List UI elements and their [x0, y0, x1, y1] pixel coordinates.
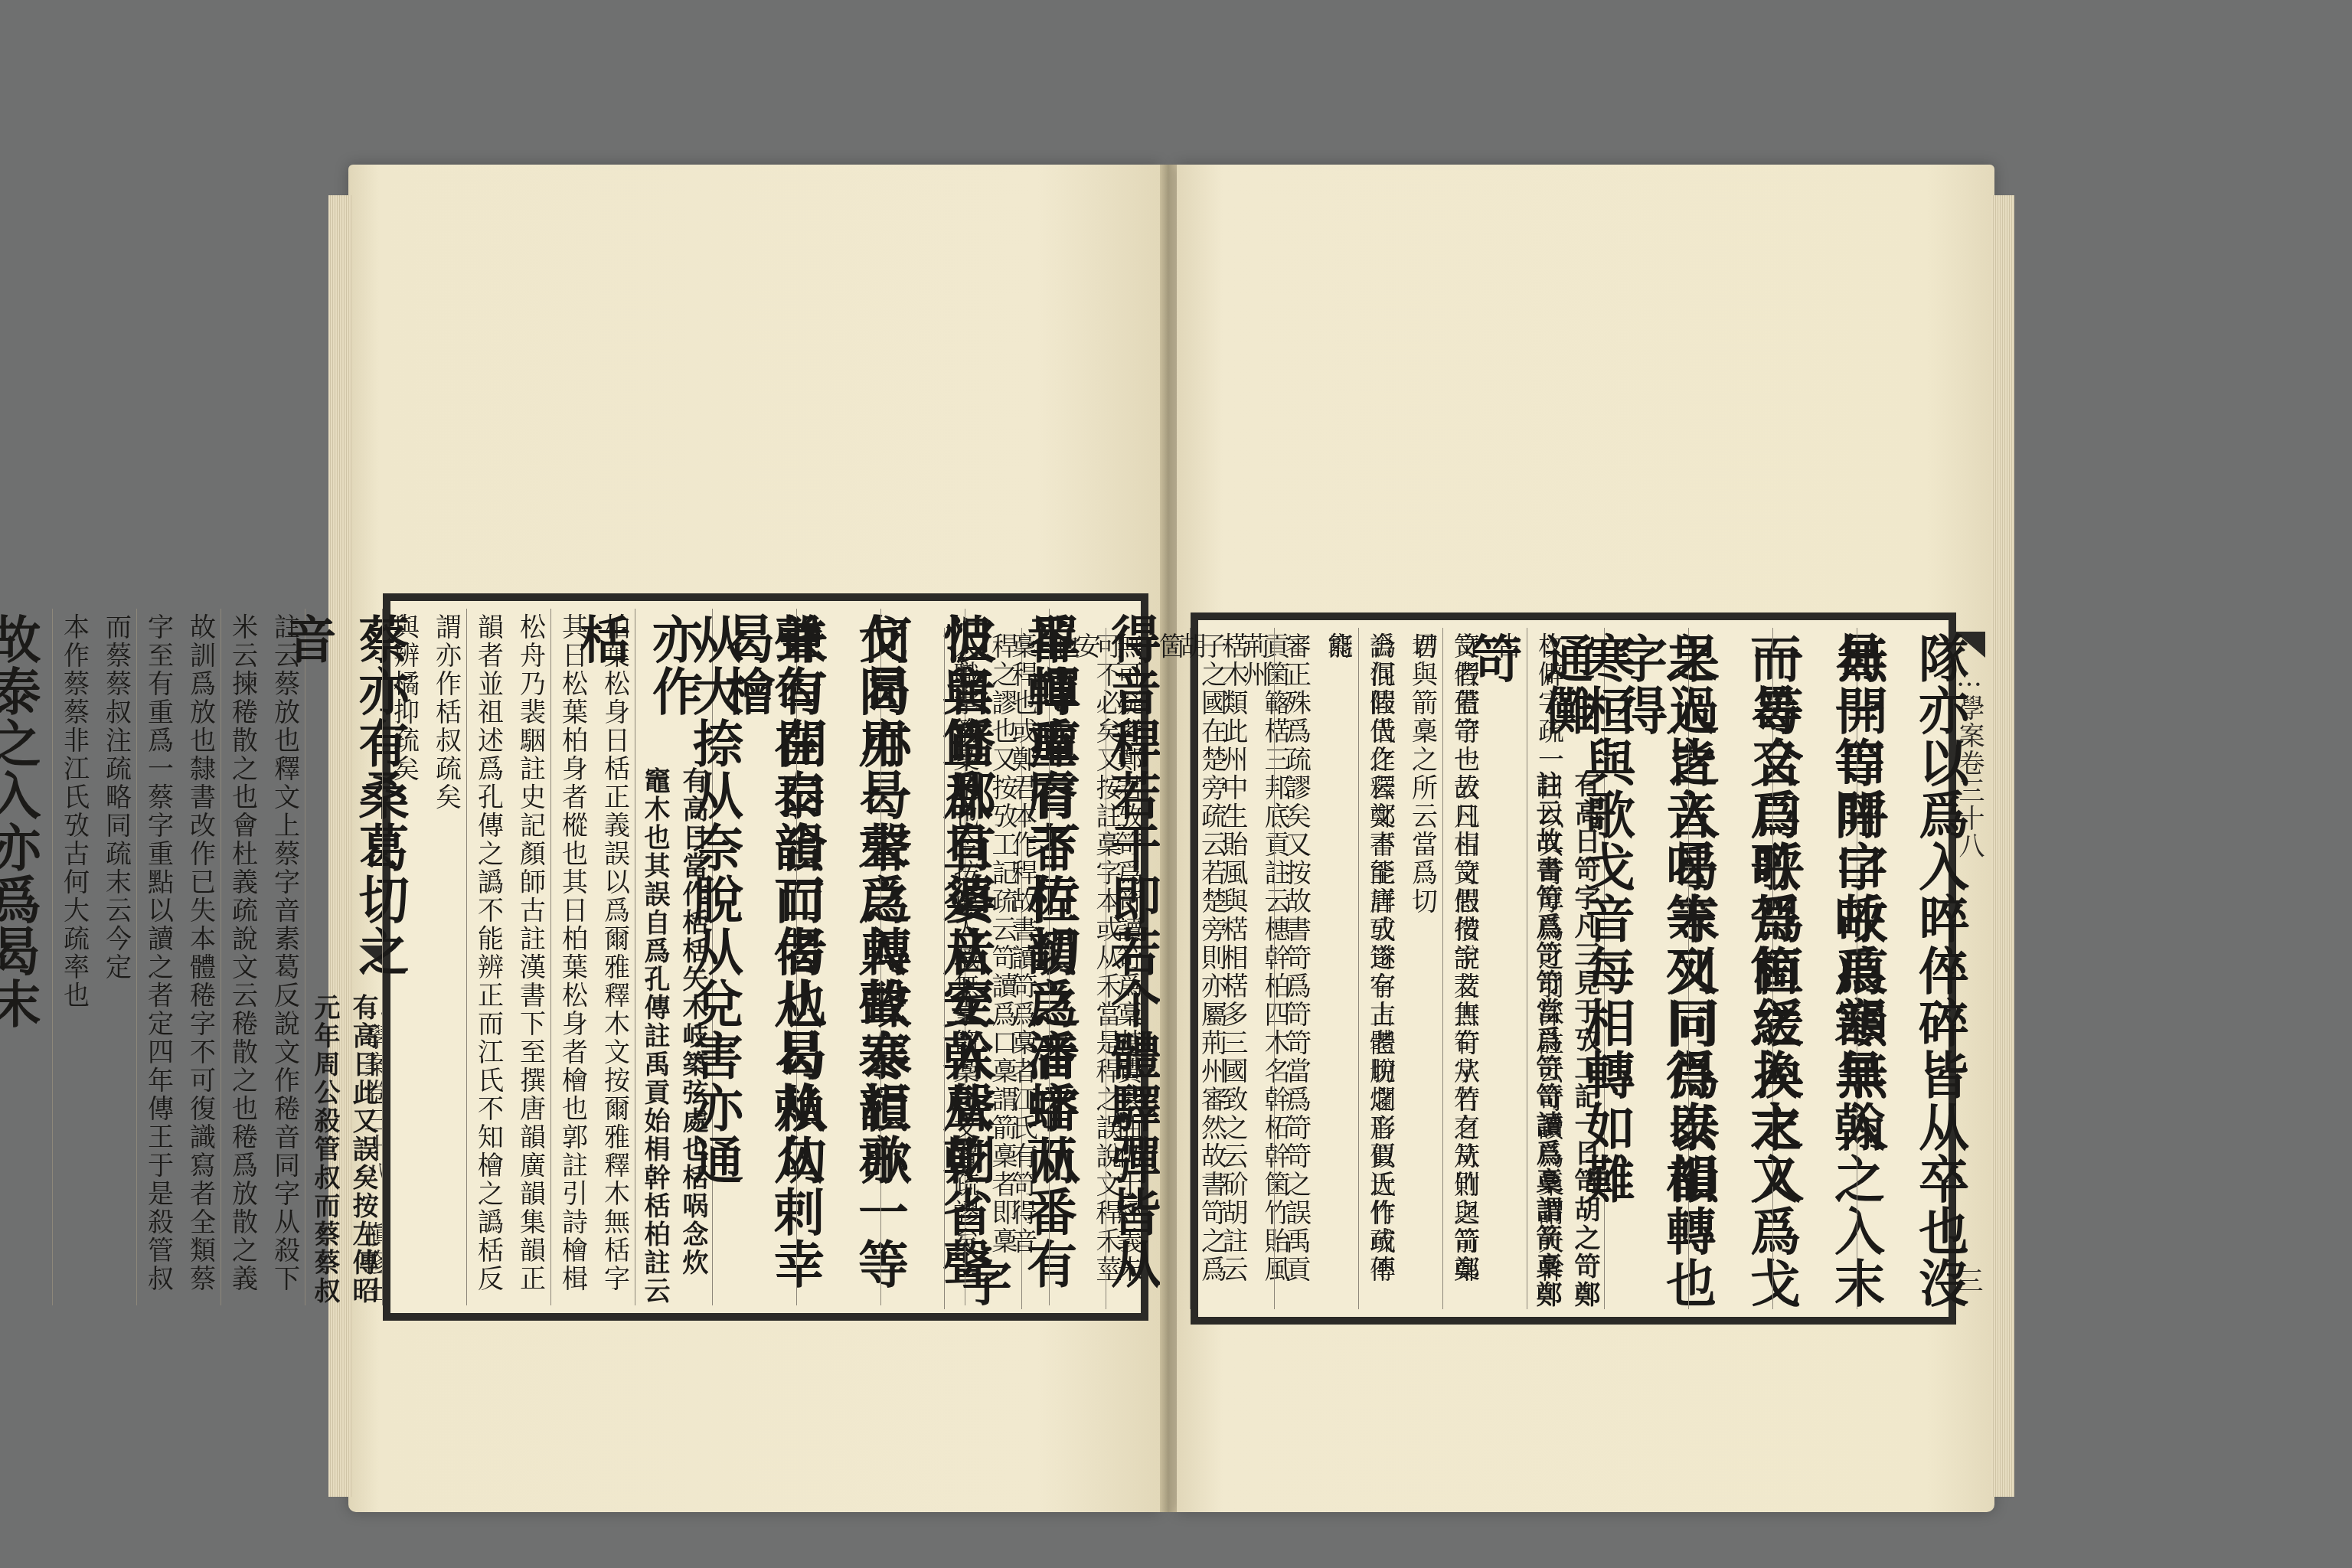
commentary-column: 而蔡蔡叔注疏略同疏末云今定本作蔡蔡非江氏攷古何大疏率也	[52, 609, 136, 1305]
right-text-columns: 隊亦以爲入晬倅碎皆从卒也沒無開口呼字故痕韻無入 曷一等開口呼爲寒旱翰之入末一等合…	[1206, 628, 1941, 1309]
commentary-left: 元年周公殺管叔而蔡蔡叔	[305, 994, 344, 1305]
mixed-column: 蔡亦有桑葛切之音 有高日此又誤矣按左傳昭 元年周公殺管叔而蔡蔡叔	[305, 609, 382, 1305]
commentary-column: 故訓爲放也隸書改作已失本體䅚字不可復識寫者全類蔡字至有重爲一蔡字重點以讀之者定四…	[136, 609, 220, 1305]
text-column: 隊亦以爲入晬倅碎皆从卒也沒無開口呼字故痕韻無入	[1857, 628, 1941, 1309]
commentary-left: 註云故書笴爲笴笴當爲笴笴讀爲稾謂箭稾鄭	[1527, 771, 1566, 1309]
commentary-left: 人職掌箭稾是也今按稾人職無掌箭稾之文賈疏謬矣	[945, 632, 983, 1256]
commentary-column: 謂亦作栝叔疏矣與辨橘抑疏矣	[382, 609, 466, 1305]
open-book: …學案卷三十八 愼修上 二 得音稈若干即若个體驛彈皆从單憚癉有下佐切之音字从 番…	[348, 165, 1994, 1512]
right-text-frame: 隊亦以爲入晬倅碎皆从卒也沒無開口呼字故痕韻無入 曷一等開口呼爲寒旱翰之入末一等合…	[1191, 612, 1956, 1325]
commentary-left: 竈木也其誤自爲孔傳註禹貢始梋幹栝柏註云	[635, 767, 674, 1305]
commentary-column: 松舟乃裴駰註史記顏師古註漢書下至撰唐韻廣韻集韻正韻者並祖述爲孔傳之譌不能辨正而江…	[466, 609, 550, 1305]
commentary-right: 有高日此又誤矣按左傳昭	[344, 994, 382, 1305]
right-page-edges	[1991, 195, 2014, 1497]
text-column: 故泰之入亦爲曷末	[0, 609, 52, 1305]
commentary-pair: 有高日此又誤矣按左傳昭 元年周公殺管叔而蔡蔡叔	[305, 994, 382, 1305]
